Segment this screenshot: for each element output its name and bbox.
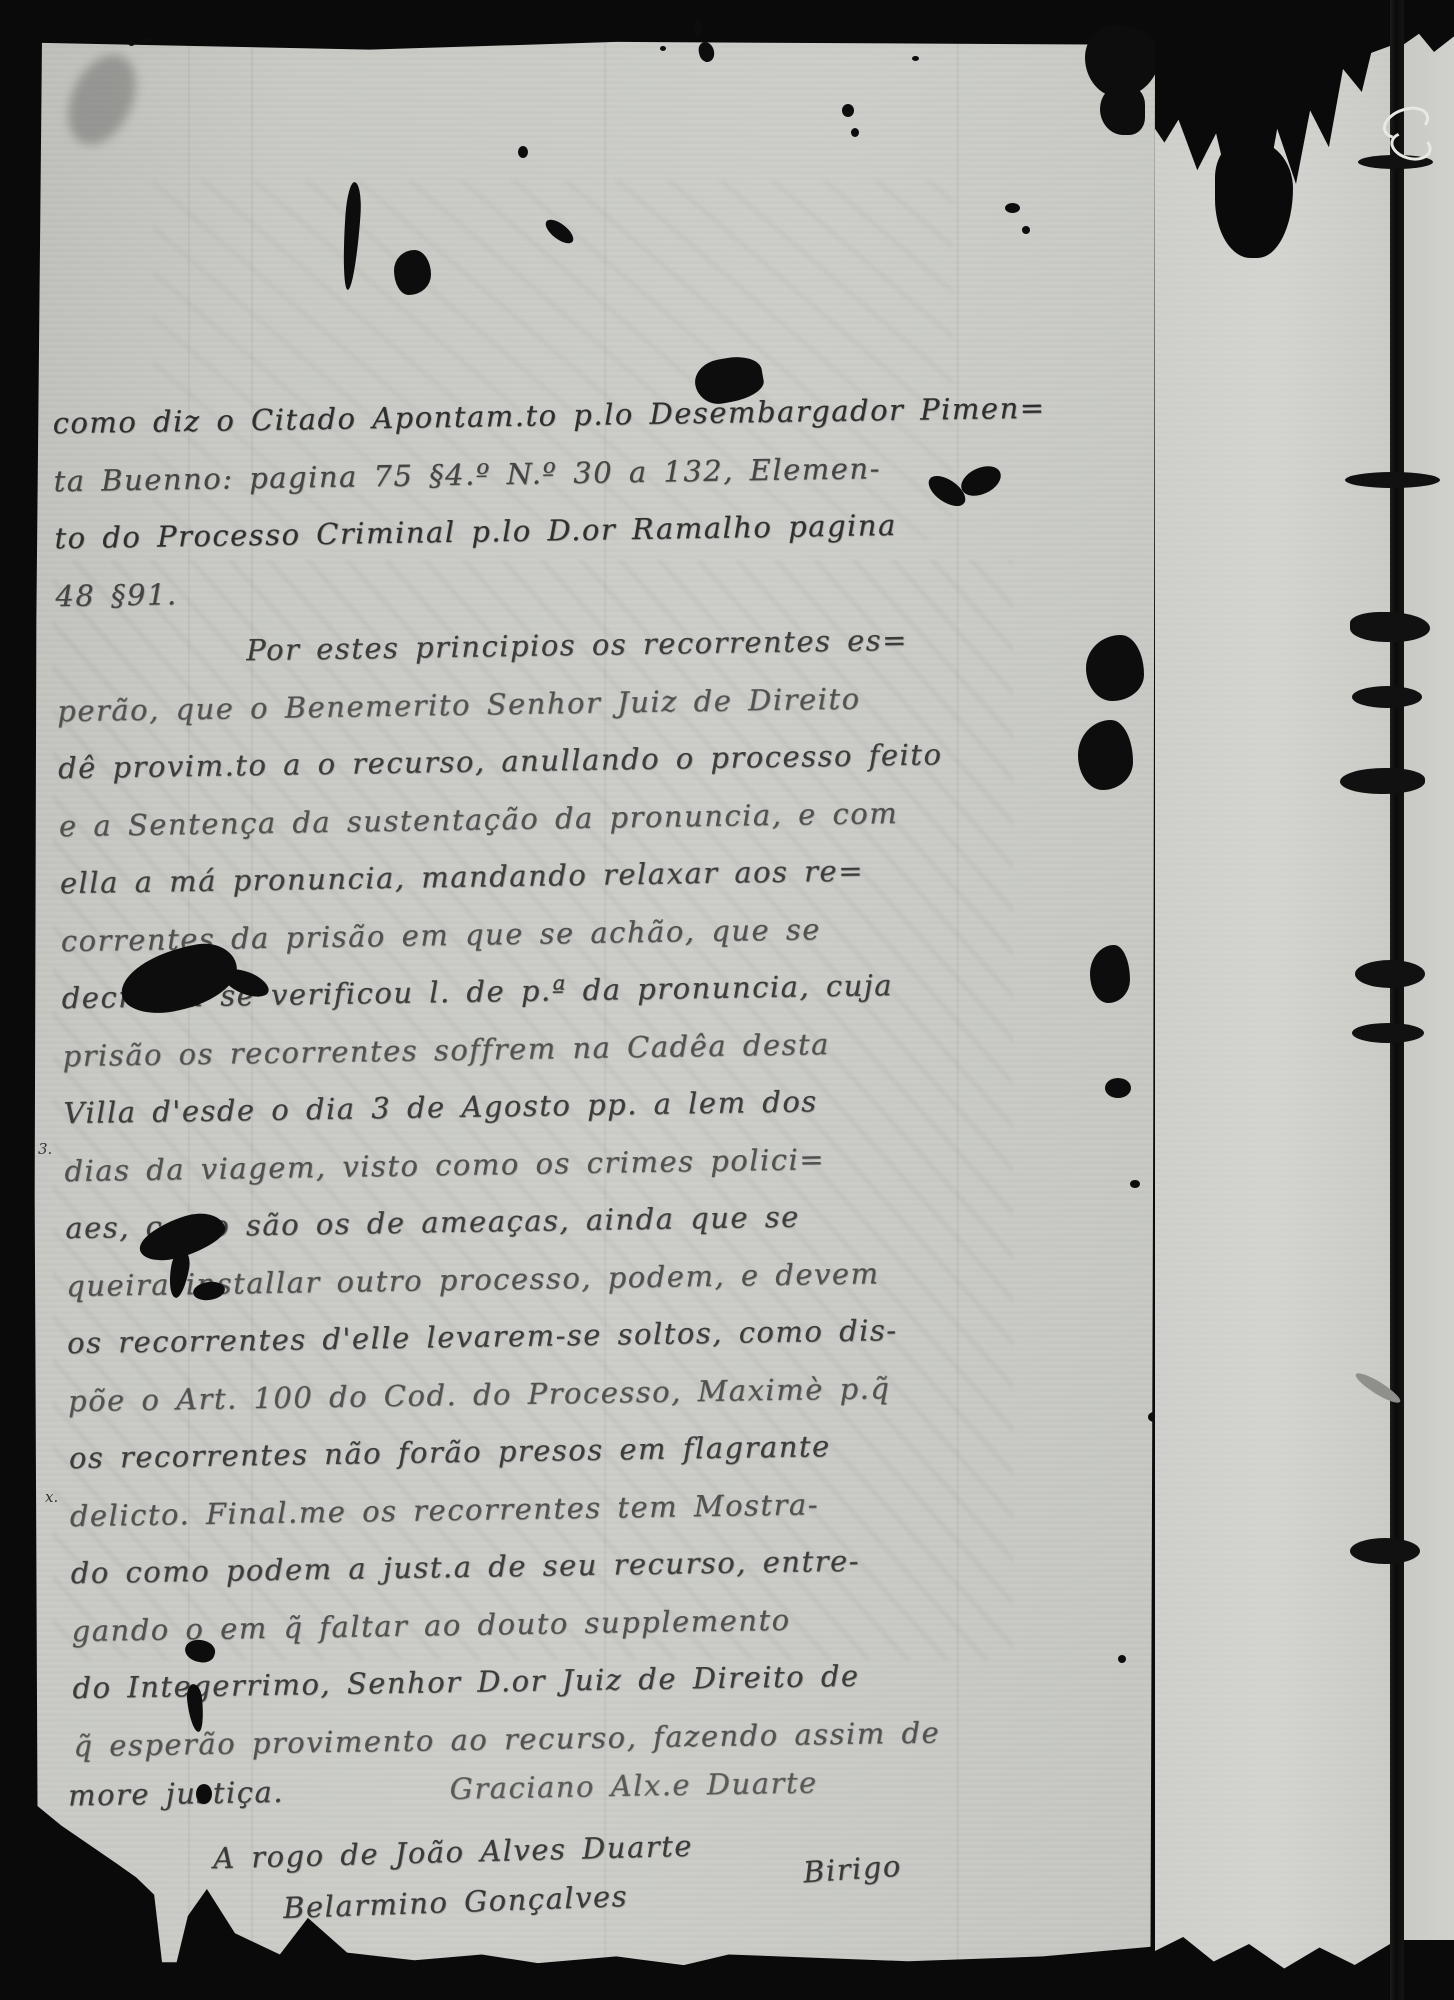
ink-drip bbox=[693, 20, 703, 35]
closing-text: more justiça. bbox=[68, 1775, 284, 1813]
signature-2: A rogo de João Alves Duarte bbox=[213, 1829, 694, 1876]
document-scan: como diz o Citado Apontam.to p.lo Desemb… bbox=[0, 0, 1454, 2000]
signature-4: Birigo bbox=[802, 1849, 903, 1890]
margin-mark-1: 3. bbox=[38, 1140, 52, 1158]
manuscript-page: como diz o Citado Apontam.to p.lo Desemb… bbox=[33, 40, 1155, 1968]
binding-stitch-mark bbox=[1350, 612, 1430, 642]
signature-3: Belarmino Gonçalves bbox=[283, 1879, 629, 1925]
ink-blot bbox=[1090, 945, 1130, 1003]
ink-blot bbox=[1022, 226, 1030, 234]
signature-1: Graciano Alx.e Duarte bbox=[449, 1765, 818, 1805]
ink-blot bbox=[196, 1784, 212, 1804]
ink-blot bbox=[1005, 203, 1020, 213]
ink-blot bbox=[660, 46, 666, 51]
binding-stitch-mark bbox=[1350, 1538, 1420, 1564]
ink-blot bbox=[1086, 635, 1144, 701]
ink-blot bbox=[142, 35, 153, 44]
adjacent-page-edge bbox=[1155, 0, 1390, 2000]
ink-blot bbox=[851, 128, 859, 137]
page-text: como diz o Citado Apontam.to p.lo Desemb… bbox=[52, 381, 984, 1775]
page-damage-torn-top bbox=[1215, 140, 1293, 258]
binding-stitch-mark bbox=[1340, 768, 1425, 794]
ink-blot bbox=[1105, 1078, 1131, 1098]
book-spine bbox=[1390, 0, 1404, 2000]
ink-blot bbox=[1130, 1180, 1140, 1188]
ink-blot bbox=[518, 146, 528, 158]
page-damage-top-right bbox=[1100, 85, 1145, 135]
page-damage-top bbox=[1404, 0, 1454, 52]
far-page-edge bbox=[1404, 0, 1454, 2000]
ink-blot bbox=[912, 56, 919, 61]
binding-stitch-mark bbox=[1345, 472, 1440, 488]
binding-stitch-mark bbox=[1352, 686, 1422, 708]
page-damage-bottom bbox=[1155, 1930, 1390, 2000]
ink-blot bbox=[1078, 720, 1133, 790]
page-damage-bottom bbox=[1404, 1940, 1454, 2000]
ink-blot bbox=[842, 104, 854, 117]
binding-stitch-mark bbox=[1355, 960, 1425, 988]
ink-blot bbox=[1118, 1655, 1126, 1663]
ink-blot bbox=[128, 40, 135, 46]
margin-mark-2: x. bbox=[45, 1488, 58, 1506]
binding-stitch-mark bbox=[1352, 1023, 1424, 1043]
